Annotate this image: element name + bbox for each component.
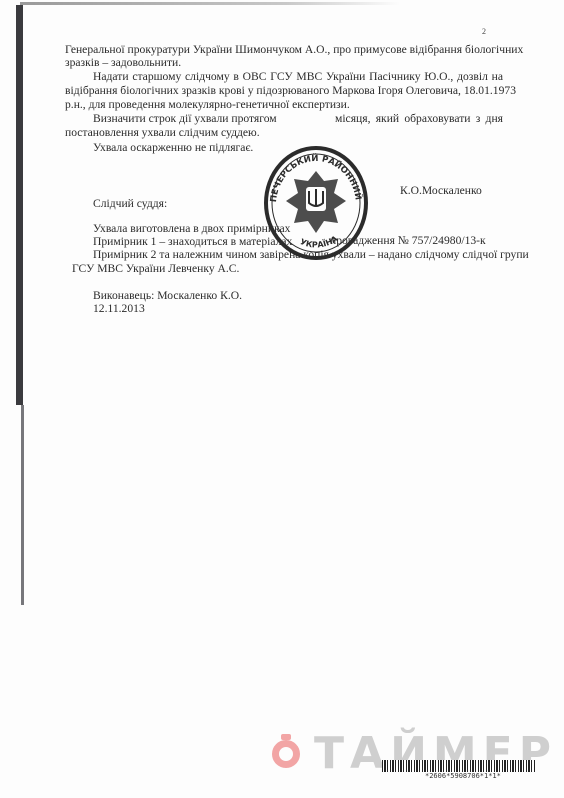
barcode-text: *2606*5908706*1*1* xyxy=(425,772,501,780)
signature-name: К.О.Москаленко xyxy=(400,184,482,197)
court-stamp: ПЕЧЕРСЬКИЙ РАЙОННИЙ СУД УКРАЇНА xyxy=(262,143,370,261)
paragraph-1-line-2: зразків – задовольнити. xyxy=(65,56,181,69)
svg-text:УКРАЇНА: УКРАЇНА xyxy=(299,234,340,250)
paragraph-2-line-3: р.н., для проведення молекулярно-генетич… xyxy=(65,98,350,111)
barcode xyxy=(382,760,536,772)
scan-left-strip-lower xyxy=(21,405,24,605)
copies-line-4: ГСУ МВС України Левченку А.С. xyxy=(72,262,239,275)
paragraph-1-line-1: Генеральної прокуратури України Шимончук… xyxy=(65,43,503,56)
scan-top-edge xyxy=(20,2,400,5)
copies-line-1: Ухвала виготовлена в двох примірниках xyxy=(93,222,290,235)
paragraph-2-line-1: Надати старшому слідчому в ОВС ГСУ МВС У… xyxy=(93,70,503,83)
scan-left-strip xyxy=(16,5,23,405)
paragraph-3-line-1-end: місяця, який обраховувати з дня xyxy=(335,112,503,125)
executor-date: 12.11.2013 xyxy=(93,302,145,315)
page-number: 2 xyxy=(482,27,486,36)
paragraph-2-line-2: відібрання біологічних зразків крові у п… xyxy=(65,84,503,97)
stopwatch-icon xyxy=(272,740,300,768)
signature-label: Слідчий суддя: xyxy=(93,197,167,210)
paragraph-4: Ухвала оскарженню не підлягає. xyxy=(93,141,253,154)
paragraph-3-line-2: постановлення ухвали слідчим суддею. xyxy=(65,126,260,139)
paragraph-3-line-1-start: Визначити строк дії ухвали протягом xyxy=(93,112,277,125)
executor-label: Виконавець: Москаленко К.О. xyxy=(93,289,242,302)
